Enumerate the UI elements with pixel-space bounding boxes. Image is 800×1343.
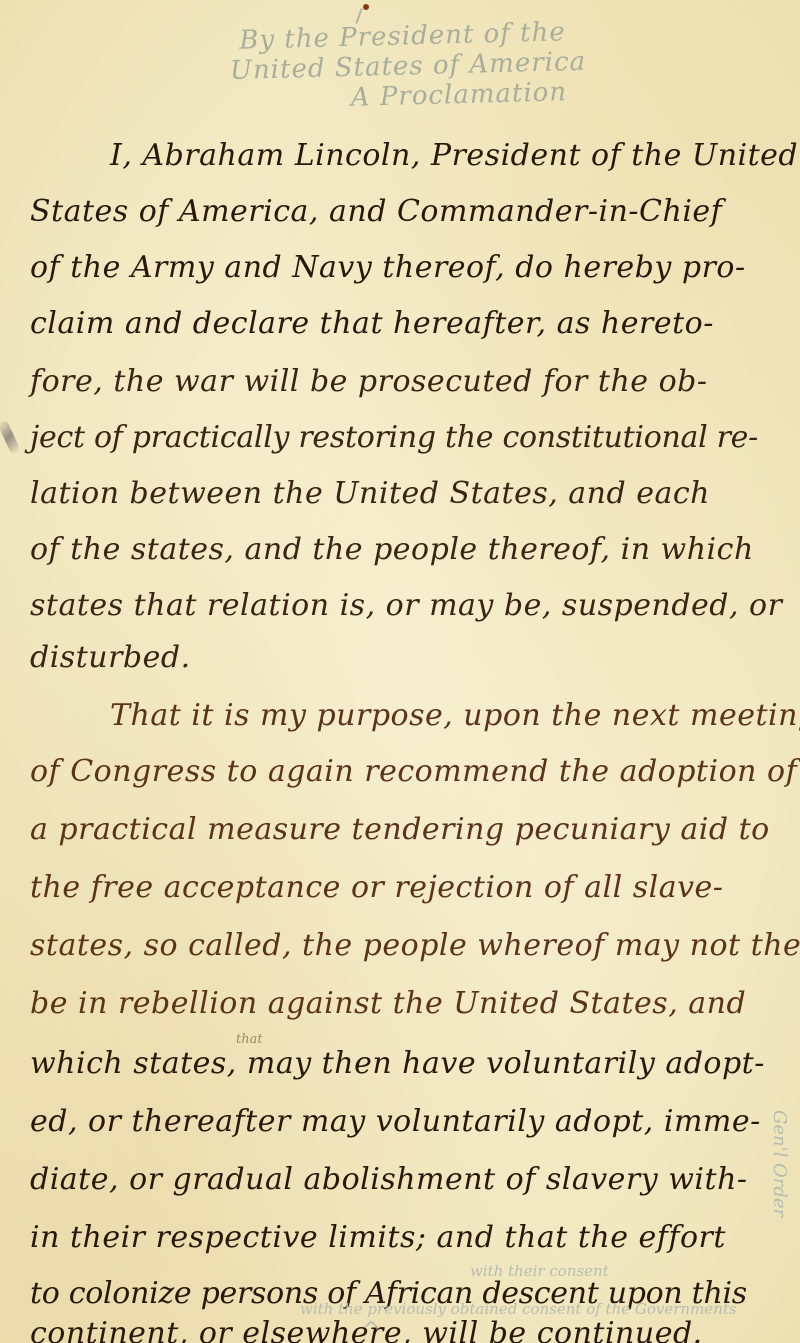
pencil-margin-note: Gen'l Order (769, 1110, 790, 1217)
text-line-9: states that relation is, or may be, susp… (30, 588, 782, 623)
text-line-12: of Congress to again recommend the adopt… (30, 754, 797, 789)
text-line-5: fore, the war will be prosecuted for the… (30, 364, 707, 399)
text-line-13: a practical measure tendering pecuniary … (30, 812, 770, 847)
margin-smudge (0, 419, 21, 454)
text-line-19: diate, or gradual abolishment of slavery… (30, 1162, 748, 1197)
text-line-11: That it is my purpose, upon the next mee… (110, 698, 800, 733)
pencil-header: By the President of the United States of… (229, 14, 691, 116)
text-line-6: ject of practically restoring the consti… (30, 420, 758, 455)
pencil-note-above-colonize: with their consent (470, 1262, 609, 1280)
text-line-18: ed, or thereafter may voluntarily adopt,… (30, 1104, 761, 1139)
text-line-10: disturbed. (30, 640, 191, 675)
pencil-tick-mark (355, 8, 362, 24)
pencil-note-below-colonize: with the previously obtained consent of … (300, 1300, 737, 1318)
text-line-15: states, so called, the people whereof ma… (30, 928, 800, 963)
text-line-2: States of America, and Commander-in-Chie… (30, 194, 722, 229)
text-line-14: the free acceptance or rejection of all … (30, 870, 723, 905)
interlinear-insert: that (236, 1032, 263, 1047)
text-line-17: which states, may then have voluntarily … (30, 1046, 765, 1081)
text-line-16: be in rebellion against the United State… (30, 986, 746, 1021)
text-line-3: of the Army and Navy thereof, do hereby … (30, 250, 746, 285)
manuscript-page: By the President of the United States of… (0, 0, 800, 1343)
text-line-1: I, Abraham Lincoln, President of the Uni… (110, 138, 798, 173)
text-line-7: lation between the United States, and ea… (30, 476, 710, 511)
ink-spot (363, 4, 369, 10)
text-line-20: in their respective limits; and that the… (30, 1220, 726, 1255)
text-line-8: of the states, and the people thereof, i… (30, 532, 754, 567)
insertion-caret: ^ (362, 1318, 380, 1343)
text-line-4: claim and declare that hereafter, as her… (30, 306, 714, 341)
